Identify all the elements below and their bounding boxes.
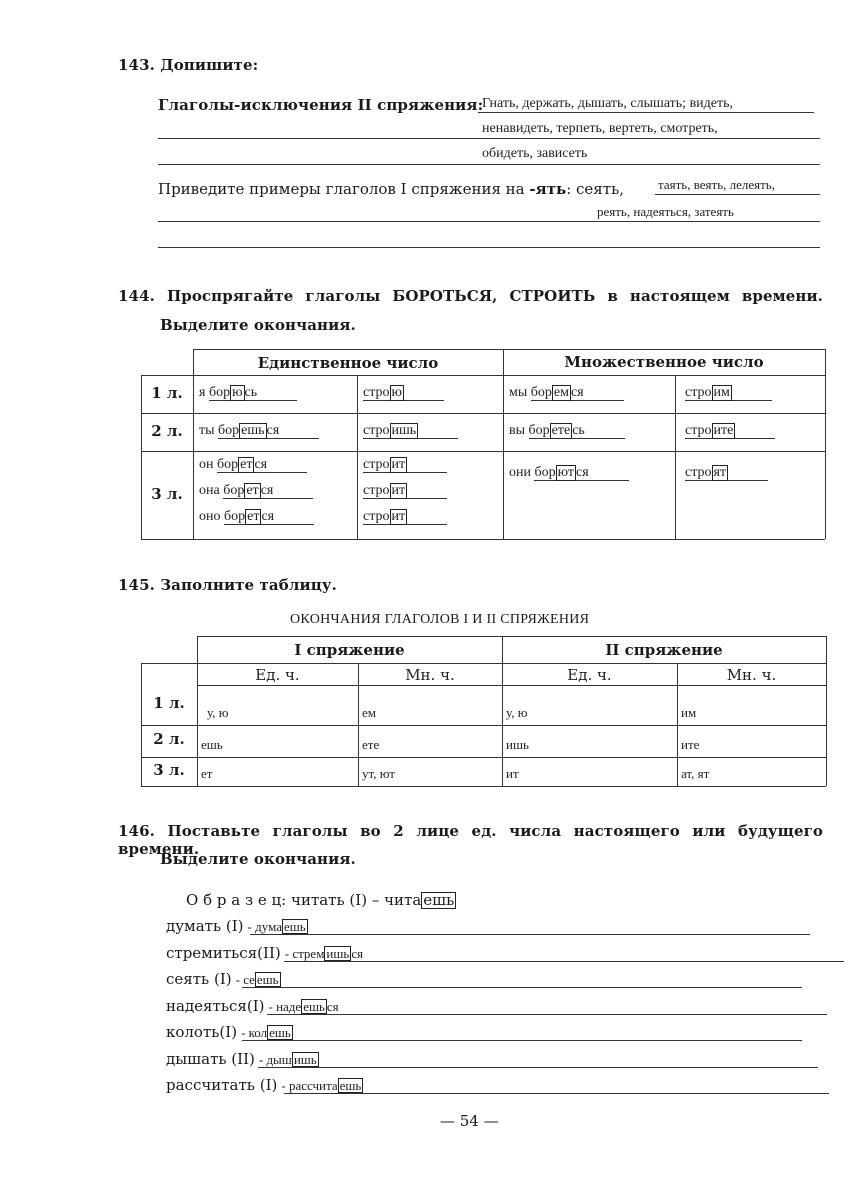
pronoun: он <box>199 457 217 472</box>
answer: - колешь <box>241 1025 293 1041</box>
answer: - дышишь <box>259 1052 319 1068</box>
answer-line <box>158 247 820 248</box>
ending-box: ишь <box>324 946 351 961</box>
stem: стро <box>363 509 390 524</box>
stem: стро <box>363 385 390 400</box>
stem: бор <box>531 385 552 400</box>
border <box>357 375 358 539</box>
number-header: Ед. ч. <box>197 666 358 684</box>
person-label: 3 л. <box>141 485 193 503</box>
ending-cell: ем <box>362 705 376 721</box>
stem: бор <box>218 423 239 438</box>
verb-item: думать (I)- думаешь <box>166 917 826 935</box>
exceptions-answer-1: Гнать, держать, дышать, слышать; видеть, <box>482 96 733 112</box>
task-instruction: Допишите: <box>160 56 258 74</box>
task-145-heading: 145. Заполните таблицу. <box>118 576 337 594</box>
conjugated-form: строим <box>685 385 772 401</box>
answer-word: строю <box>363 385 444 401</box>
answer-word: боретесь <box>529 423 625 439</box>
exceptions-answer-3: обидеть, зависеть <box>482 146 587 162</box>
ending-box: им <box>712 385 732 401</box>
answer: - сеешь <box>236 972 281 988</box>
task-143-heading: 143. Допишите: <box>118 56 258 74</box>
ending-box: ят <box>712 465 729 481</box>
ending-box: ешь <box>282 919 308 934</box>
answer: - рассчитаешь <box>281 1078 363 1094</box>
stem: - наде <box>268 999 301 1014</box>
examples-label: Приведите примеры глаголов I спряжения н… <box>158 180 624 198</box>
conjugated-form: строит <box>363 509 447 525</box>
answer-word: строите <box>685 423 775 439</box>
conjugated-form: они борются <box>509 465 629 481</box>
conjugation-table: Единственное числоМножественное число1 л… <box>141 349 825 539</box>
stem: - кол <box>241 1025 267 1040</box>
ending-box: ит <box>390 509 408 525</box>
ending-box: ишь <box>390 423 419 439</box>
suffix-yat: -ять <box>529 180 566 198</box>
verb: дышать (II) <box>166 1050 255 1068</box>
answer-word: борются <box>534 465 628 481</box>
ending-box: ет <box>244 483 260 499</box>
ending-box: ем <box>552 385 571 401</box>
examples-label-post: : сеять, <box>566 180 624 198</box>
pronoun: они <box>509 465 534 480</box>
stem: - дума <box>248 919 282 934</box>
conjugated-form: он борется <box>199 457 307 473</box>
verb-item: колоть(I)- колешь <box>166 1023 826 1041</box>
task-instruction: Заполните таблицу. <box>160 576 337 594</box>
stem: стро <box>685 423 712 438</box>
task-number: 144. <box>118 287 155 305</box>
answer-word: борется <box>224 509 314 525</box>
postfix: ся <box>327 999 339 1014</box>
verb: колоть(I) <box>166 1023 237 1041</box>
postfix: ся <box>261 509 274 524</box>
answer-word: боремся <box>531 385 624 401</box>
answer-line <box>258 1067 818 1068</box>
conjugated-form: я борюсь <box>199 385 297 401</box>
verb: сеять (I) <box>166 970 232 988</box>
ending-box: ю <box>390 385 404 401</box>
stem: стро <box>363 423 390 438</box>
ending-box: ю <box>230 385 244 401</box>
conjugated-form: строю <box>363 385 444 401</box>
sample-label: О б р а з е ц: <box>186 891 286 909</box>
border <box>141 786 826 787</box>
ending-box: ешь <box>239 423 266 439</box>
sample: О б р а з е ц: читать (I) – читаешь <box>186 891 456 909</box>
stem: стро <box>685 385 712 400</box>
stem: бор <box>534 465 555 480</box>
conjugated-form: строит <box>363 483 447 499</box>
border <box>825 349 826 539</box>
stem: стро <box>685 465 712 480</box>
person-label: 3 л. <box>141 761 197 779</box>
verb-item: рассчитать (I)- рассчитаешь <box>166 1076 826 1094</box>
answer-word: борется <box>223 483 313 499</box>
answer-word: строит <box>363 483 447 499</box>
verb: надеяться(I) <box>166 997 264 1015</box>
conjugated-form: строите <box>685 423 775 439</box>
answer: - думаешь <box>248 919 308 935</box>
pronoun: мы <box>509 385 531 400</box>
answer-word: строит <box>363 509 447 525</box>
ending-box: ишь <box>292 1052 319 1067</box>
stem: - стрем <box>285 946 325 961</box>
person-label: 2 л. <box>141 730 197 748</box>
stem: бор <box>209 385 230 400</box>
border <box>675 375 676 539</box>
ending-cell: ешь <box>201 737 223 753</box>
person-label: 1 л. <box>141 694 197 712</box>
answer: - надеешься <box>268 999 338 1015</box>
postfix: ся <box>261 483 274 498</box>
conjugated-form: оно борется <box>199 509 314 525</box>
border <box>503 349 504 539</box>
ending-cell: им <box>681 705 696 721</box>
ending-box: ете <box>550 423 573 439</box>
pronoun: вы <box>509 423 529 438</box>
answer-word: строим <box>685 385 772 401</box>
page-number: — 54 — <box>440 1112 499 1130</box>
header-singular: Единственное число <box>193 354 503 372</box>
ending-box: ит <box>390 483 408 499</box>
border <box>141 451 825 452</box>
answer-word: борюсь <box>209 385 297 401</box>
stem: стро <box>363 483 390 498</box>
ending-box: ет <box>245 509 261 525</box>
conjugation-header: I спряжение <box>197 641 502 659</box>
ending-cell: ишь <box>506 737 529 753</box>
ending-cell: у, ю <box>207 705 228 721</box>
border <box>193 349 825 350</box>
postfix: ся <box>571 385 584 400</box>
stem: бор <box>217 457 238 472</box>
postfix: ся <box>351 946 363 961</box>
exceptions-label: Глаголы-исключения II спряжения: <box>158 96 483 114</box>
conjugated-form: вы боретесь <box>509 423 625 439</box>
task-146-subheading: Выделите окончания. <box>160 850 356 868</box>
stem: бор <box>529 423 550 438</box>
answer-word: строят <box>685 465 768 481</box>
postfix: ся <box>267 423 280 438</box>
stem: - рассчита <box>281 1078 337 1093</box>
sample-ending-box: ешь <box>421 892 456 909</box>
postfix: сь <box>245 385 258 400</box>
ending-box: ют <box>556 465 576 481</box>
ending-cell: ите <box>681 737 699 753</box>
answer-line <box>478 112 814 113</box>
border <box>141 375 825 376</box>
answer-line <box>250 934 810 935</box>
verb: рассчитать (I) <box>166 1076 277 1094</box>
table-caption: ОКОНЧАНИЯ ГЛАГОЛОВ I И II СПРЯЖЕНИЯ <box>290 612 589 628</box>
stem: стро <box>363 457 390 472</box>
verb-item: стремиться(II)- стремишься <box>166 944 826 962</box>
postfix: ся <box>254 457 267 472</box>
task-number: 143. <box>118 56 155 74</box>
examples-label-text: Приведите примеры глаголов I спряжения н… <box>158 180 525 198</box>
verb: стремиться(II) <box>166 944 281 962</box>
task-144-heading: 144. Проспрягайте глаголы БОРОТЬСЯ, СТРО… <box>118 287 823 305</box>
ending-box: ешь <box>255 972 281 987</box>
ending-box: ите <box>712 423 736 439</box>
border <box>141 757 826 758</box>
postfix: сь <box>572 423 585 438</box>
verb-item: сеять (I)- сеешь <box>166 970 826 988</box>
number-header: Ед. ч. <box>502 666 677 684</box>
pronoun: оно <box>199 509 224 524</box>
task-144-subheading: Выделите окончания. <box>160 316 356 334</box>
task-instruction: Проспрягайте глаголы БОРОТЬСЯ, СТРОИТЬ в… <box>167 287 823 305</box>
answer-word: строит <box>363 457 447 473</box>
examples-answer-1: таять, веять, лелеять, <box>658 177 775 193</box>
pronoun: я <box>199 385 209 400</box>
border <box>197 636 826 637</box>
border <box>141 663 826 664</box>
answer-line <box>284 1093 829 1094</box>
border <box>141 539 825 540</box>
answer-word: строишь <box>363 423 458 439</box>
number-header: Мн. ч. <box>358 666 502 684</box>
task-number: 145. <box>118 576 155 594</box>
task-number: 146. <box>118 822 155 840</box>
answer-line <box>655 194 820 195</box>
border <box>826 636 827 786</box>
border <box>141 725 826 726</box>
sample-stem: чита <box>384 891 421 909</box>
pronoun: она <box>199 483 223 498</box>
examples-answer-2: реять, надеяться, затеять <box>597 204 734 220</box>
sample-verb: читать (I) – <box>291 891 379 909</box>
person-label: 2 л. <box>141 422 193 440</box>
ending-cell: у, ю <box>506 705 527 721</box>
border <box>141 413 825 414</box>
conjugated-form: она борется <box>199 483 313 499</box>
verb-item: дышать (II)- дышишь <box>166 1050 826 1068</box>
ending-cell: ете <box>362 737 379 753</box>
stem: бор <box>223 483 244 498</box>
border <box>193 349 194 539</box>
endings-table: I спряжениеII спряжениеЕд. ч.Мн. ч.Ед. ч… <box>141 636 826 786</box>
ending-cell: ут, ют <box>362 766 395 782</box>
header-plural: Множественное число <box>503 353 825 371</box>
conjugated-form: мы боремся <box>509 385 624 401</box>
exceptions-answer-2: ненавидеть, терпеть, вертеть, смотреть, <box>482 121 718 137</box>
conjugated-form: строят <box>685 465 768 481</box>
ending-cell: ет <box>201 766 212 782</box>
stem: - дыш <box>259 1052 292 1067</box>
ending-box: ит <box>390 457 408 473</box>
answer-word: борется <box>217 457 307 473</box>
ending-box: ешь <box>301 999 327 1014</box>
pronoun: ты <box>199 423 218 438</box>
stem: бор <box>224 509 245 524</box>
ending-cell: ат, ят <box>681 766 709 782</box>
answer-line <box>158 138 820 139</box>
verb: думать (I) <box>166 917 244 935</box>
answer-line <box>242 1040 802 1041</box>
answer-line <box>158 164 820 165</box>
conjugated-form: ты борешься <box>199 423 319 439</box>
answer-line <box>158 221 820 222</box>
person-label: 1 л. <box>141 384 193 402</box>
verb-item: надеяться(I)- надеешься <box>166 997 826 1015</box>
ending-cell: ит <box>506 766 519 782</box>
conjugation-header: II спряжение <box>502 641 826 659</box>
number-header: Мн. ч. <box>677 666 826 684</box>
answer-line <box>242 987 802 988</box>
ending-box: ешь <box>267 1025 293 1040</box>
ending-box: ет <box>238 457 254 473</box>
stem: - се <box>236 972 255 987</box>
border <box>197 685 826 686</box>
ending-box: ешь <box>338 1078 364 1093</box>
answer-line <box>284 961 844 962</box>
conjugated-form: строит <box>363 457 447 473</box>
answer: - стремишься <box>285 946 363 962</box>
postfix: ся <box>576 465 589 480</box>
answer-word: борешься <box>218 423 319 439</box>
answer-line <box>267 1014 827 1015</box>
conjugated-form: строишь <box>363 423 458 439</box>
